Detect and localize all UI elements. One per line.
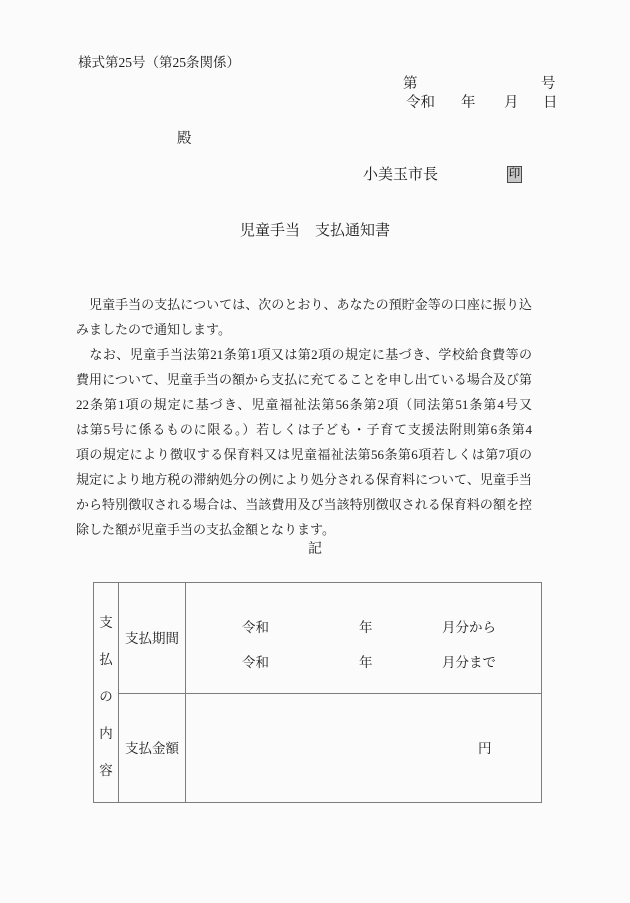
issuer-name: 小美玉市長: [363, 167, 438, 184]
period-to-month-label: 月分まで: [442, 654, 496, 671]
body-line: みましたので通知します。: [76, 317, 532, 342]
amount-unit-yen-label: 円: [478, 740, 492, 757]
row-header-char: 支: [99, 615, 113, 631]
document-number-suffix: 号: [541, 76, 556, 93]
addressee-honorific: 殿: [177, 131, 192, 148]
period-from-year-label: 年: [359, 619, 373, 636]
table-row-header-payment-contents: 支 払 の 内 容: [94, 583, 118, 802]
issue-date-year-label: 年: [461, 95, 476, 112]
body-line: から特別徴収される場合は、当該費用及び当該特別徴収される保育料の額を控: [76, 492, 532, 517]
seal-stamp-icon: 印: [507, 166, 522, 183]
issue-date-era: 令和: [406, 95, 435, 112]
period-to-era-label: 令和: [242, 654, 269, 671]
section-marker-ki: 記: [0, 538, 630, 562]
row-header-char: 払: [99, 652, 113, 668]
period-from-era-label: 令和: [242, 619, 269, 636]
payment-details-table: 支 払 の 内 容 支払期間 支払金額 令和 年 月分から 令和 年 月分まで …: [93, 582, 542, 803]
body-line: 費用について、児童手当の額から支払に充てることを申し出ている場合及び第: [76, 367, 532, 392]
period-from-month-label: 月分から: [442, 619, 496, 636]
row-header-char: 容: [99, 763, 113, 779]
row-header-char: 内: [99, 726, 113, 742]
row-header-char: の: [99, 689, 113, 705]
issue-date-month-label: 月: [504, 95, 519, 112]
document-title: 児童手当 支払通知書: [0, 222, 630, 241]
body-line: 項の規定により徴収する保育料又は児童福祉法第56条第6項若しくは第7項の: [76, 442, 532, 467]
period-to-year-label: 年: [359, 654, 373, 671]
form-number-label: 様式第25号（第25条関係）: [78, 54, 240, 72]
payment-period-label: 支払期間: [119, 583, 185, 693]
body-line: は第5号に係るものに限る。）若しくは子ども・子育て支援法附則第6条第4: [76, 417, 532, 442]
body-line: 児童手当の支払については、次のとおり、あなたの預貯金等の口座に振り込: [76, 292, 532, 317]
body-line: なお、児童手当法第21条第1項又は第2項の規定に基づき、学校給食費等の: [76, 342, 532, 367]
body-line: 規定により地方税の滞納処分の例により処分される保育料について、児童手当: [76, 467, 532, 492]
issue-date-day-label: 日: [543, 95, 558, 112]
document-page: 様式第25号（第25条関係） 第 号 令和 年 月 日 殿 小美玉市長 印 児童…: [0, 0, 630, 903]
body-line: 22条第1項の規定に基づき、児童福祉法第56条第2項（同法第51条第4号又: [76, 392, 532, 417]
document-number-prefix: 第: [403, 76, 418, 93]
payment-amount-label: 支払金額: [119, 694, 185, 802]
body-text: 児童手当の支払については、次のとおり、あなたの預貯金等の口座に振り込 みましたの…: [76, 292, 532, 542]
